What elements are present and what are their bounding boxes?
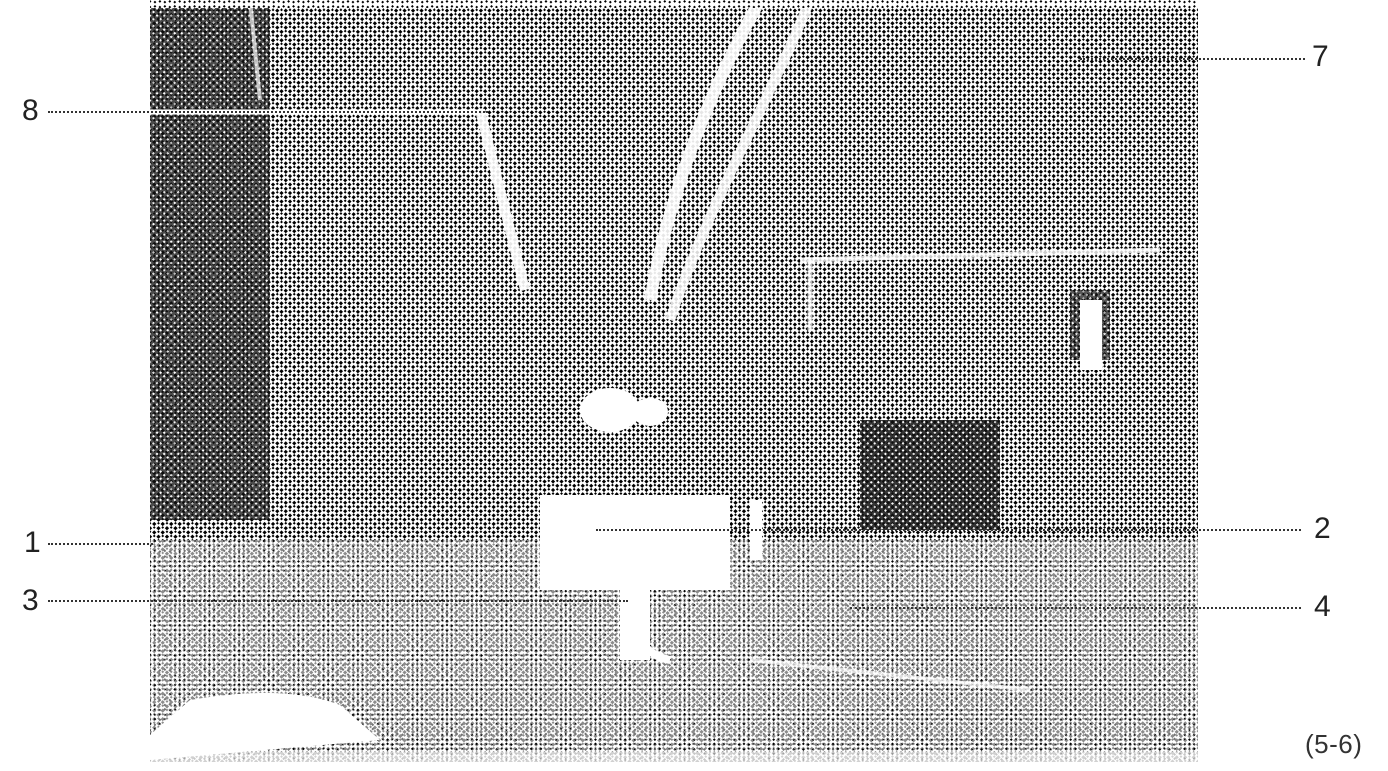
callout-label-8: 8 [22,96,39,126]
callout-leader-1 [48,543,153,545]
callout-leader-8 [48,111,488,113]
callout-label-7: 7 [1312,42,1329,72]
callout-label-3: 3 [22,586,39,616]
engine-compartment-photo [150,0,1198,762]
figure-caption: (5-6) [1305,731,1362,757]
callout-label-4: 4 [1314,592,1331,622]
callout-label-2: 2 [1314,514,1331,544]
callout-leader-4 [850,607,1301,609]
callout-label-1: 1 [24,528,41,558]
callout-leader-2 [596,529,1301,531]
callout-leader-7 [1080,58,1305,60]
callout-leader-3 [48,600,628,602]
